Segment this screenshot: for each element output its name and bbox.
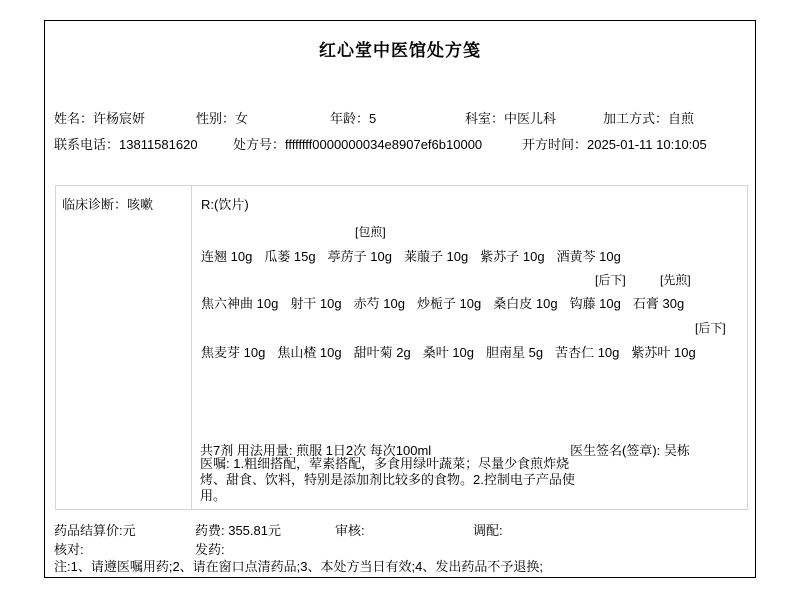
decoction-annotation-line: [后下][先煎]: [201, 271, 747, 285]
herb-item: 莱菔子 10g: [404, 249, 468, 264]
herb-item: 紫苏子 10g: [480, 249, 544, 264]
patient-info-field: 科室：中医儿科: [465, 108, 556, 127]
medical-advice: 医嘱: 1.粗细搭配，荤素搭配，多食用绿叶蔬菜；尽量少食煎炸烧烤、甜食、饮料，特…: [200, 456, 578, 504]
herb-item: 瓜蒌 15g: [264, 249, 315, 264]
prescription-table: 临床诊断：咳嗽 R:(饮片) [包煎]连翘 10g瓜蒌 15g葶苈子 10g莱菔…: [55, 185, 748, 510]
herb-item: 苦杏仁 10g: [555, 345, 619, 360]
doctor-signature: 医生签名(签章): 吴栋: [570, 440, 690, 459]
decoction-annotation: [先煎]: [660, 271, 691, 288]
prescription-page: 红心堂中医馆处方笺 姓名：许杨宸妍性别：女年龄：5科室：中医儿科加工方式：自煎 …: [0, 0, 800, 600]
herb-item: 酒黄芩 10g: [557, 249, 621, 264]
herb-item: 石膏 30g: [633, 296, 684, 311]
herb-item: 葶苈子 10g: [328, 249, 392, 264]
footer-field: 审核:: [335, 520, 365, 539]
doctor-name: 吴栋: [664, 443, 690, 458]
herb-item: 桑白皮 10g: [493, 296, 557, 311]
decoction-annotation-line: [后下]: [201, 319, 747, 333]
herb-line: 焦六神曲 10g射干 10g赤芍 10g炒栀子 10g桑白皮 10g钩藤 10g…: [201, 293, 747, 309]
herb-item: 甜叶菊 2g: [354, 345, 411, 360]
page-title: 红心堂中医馆处方笺: [45, 36, 755, 61]
herb-item: 连翘 10g: [201, 249, 252, 264]
herb-item: 赤芍 10g: [354, 296, 405, 311]
footer-field: 药品结算价:元: [54, 520, 136, 539]
herb-item: 炒栀子 10g: [417, 296, 481, 311]
herb-item: 焦六神曲 10g: [201, 296, 278, 311]
rx-header: R:(饮片): [201, 194, 747, 210]
decoction-annotation-line: [包煎]: [201, 223, 747, 237]
diagnosis-label: 临床诊断：: [62, 197, 127, 212]
diagnosis-cell: 临床诊断：咳嗽: [56, 186, 192, 509]
herb-item: 射干 10g: [290, 296, 341, 311]
patient-info-row-2: 联系电话：13811581620处方号：ffffffff0000000034e8…: [45, 134, 755, 152]
patient-info-field: 年龄：5: [330, 108, 376, 127]
herb-item: 钩藤 10g: [570, 296, 621, 311]
decoction-annotation: [后下]: [695, 319, 726, 336]
patient-info-field: 联系电话：13811581620: [54, 134, 198, 153]
diagnosis-value: 咳嗽: [127, 197, 153, 212]
patient-info-field: 性别：女: [196, 108, 248, 127]
patient-info-row-1: 姓名：许杨宸妍性别：女年龄：5科室：中医儿科加工方式：自煎: [45, 108, 755, 126]
doctor-signature-label: 医生签名(签章):: [570, 443, 664, 458]
herb-item: 胆南星 5g: [486, 345, 543, 360]
herb-item: 焦麦芽 10g: [201, 345, 265, 360]
decoction-annotation: [后下]: [595, 271, 626, 288]
prescription-sheet: 红心堂中医馆处方笺 姓名：许杨宸妍性别：女年龄：5科室：中医儿科加工方式：自煎 …: [44, 20, 756, 578]
herb-line: 焦麦芽 10g焦山楂 10g甜叶菊 2g桑叶 10g胆南星 5g苦杏仁 10g紫…: [201, 342, 747, 358]
herb-item: 焦山楂 10g: [277, 345, 341, 360]
herb-line: 连翘 10g瓜蒌 15g葶苈子 10g莱菔子 10g紫苏子 10g酒黄芩 10g: [201, 246, 747, 262]
patient-info-field: 处方号：ffffffff0000000034e8907ef6b10000: [233, 134, 482, 153]
decoction-annotation: [包煎]: [355, 223, 386, 240]
patient-info-field: 开方时间：2025-01-11 10:10:05: [522, 134, 707, 153]
footer-field: 调配:: [473, 520, 503, 539]
patient-info-field: 姓名：许杨宸妍: [54, 108, 145, 127]
herb-lines: [包煎]连翘 10g瓜蒌 15g葶苈子 10g莱菔子 10g紫苏子 10g酒黄芩…: [201, 223, 747, 358]
prescription-cell: R:(饮片) [包煎]连翘 10g瓜蒌 15g葶苈子 10g莱菔子 10g紫苏子…: [192, 186, 747, 509]
footer-note: 注:1、请遵医嘱用药;2、请在窗口点清药品;3、本处方当日有效;4、发出药品不予…: [54, 556, 543, 575]
herb-item: 紫苏叶 10g: [631, 345, 695, 360]
patient-info-field: 加工方式：自煎: [603, 108, 694, 127]
footer-field: 药费: 355.81元: [195, 520, 281, 539]
herb-item: 桑叶 10g: [423, 345, 474, 360]
